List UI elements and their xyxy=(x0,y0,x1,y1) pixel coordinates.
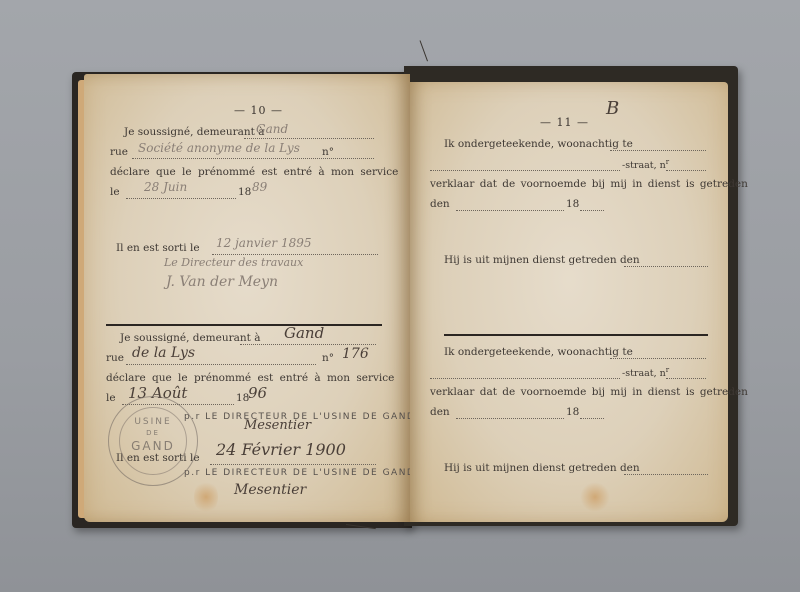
fill-line xyxy=(430,378,620,379)
print-line: Je soussigné, demeurant à xyxy=(124,126,264,138)
handwritten-year: 89 xyxy=(252,180,267,194)
print-le: le xyxy=(106,392,116,404)
section-divider xyxy=(106,324,382,326)
page-number: — 11 — xyxy=(540,116,589,129)
print-den: den xyxy=(430,198,450,210)
handwritten-street: Société anonyme de la Lys xyxy=(138,141,300,155)
fill-line xyxy=(212,254,378,255)
print-year-prefix: 18 xyxy=(566,198,579,210)
print-line: déclare que le prénommé est entré à mon … xyxy=(106,372,394,384)
handwritten-date: 28 Juin xyxy=(144,180,187,194)
fill-line xyxy=(132,158,374,159)
print-straat: -straat, nr xyxy=(622,158,669,171)
right-page: — 11 — B Ik ondergeteekende, woonachtig … xyxy=(410,82,728,522)
handwritten-city: Gand xyxy=(256,122,288,136)
handwritten-exit-date: 24 Février 1900 xyxy=(216,440,346,459)
fill-line xyxy=(666,170,706,171)
handwritten-street: de la Lys xyxy=(132,345,195,361)
handwritten-exit-date: 12 janvier 1895 xyxy=(216,236,312,250)
print-line: verklaar dat de voornoemde bij mij in di… xyxy=(430,386,748,398)
handwritten-year: 96 xyxy=(248,384,267,402)
print-no: n° xyxy=(322,146,334,158)
signature: Mesentier xyxy=(244,418,311,433)
fill-line xyxy=(456,210,564,211)
print-den: den xyxy=(430,406,450,418)
handwritten-number: 176 xyxy=(342,346,369,362)
fill-line xyxy=(430,170,620,171)
signature: J. Van der Meyn xyxy=(166,274,278,290)
paper-stain xyxy=(194,480,218,514)
print-rue: rue xyxy=(106,352,124,364)
print-rue: rue xyxy=(110,146,128,158)
print-line: Ik ondergeteekende, woonachtig te xyxy=(444,346,633,358)
print-year-prefix: 18 xyxy=(566,406,579,418)
print-line: verklaar dat de voornoemde bij mij in di… xyxy=(430,178,748,190)
director-stamp-line: p.r LE DIRECTEUR DE L'USINE DE GAND xyxy=(184,468,415,478)
fill-line xyxy=(210,464,376,465)
stamp-text-middle: DE xyxy=(109,429,197,437)
handwritten-city: Gand xyxy=(284,324,324,342)
fill-line xyxy=(610,358,706,359)
print-year-prefix: 18 xyxy=(238,186,251,198)
print-exit: Hij is uit mijnen dienst getreden den xyxy=(444,462,640,474)
loose-thread xyxy=(420,40,428,61)
paper-stain xyxy=(580,482,610,512)
page-number: — 10 — xyxy=(234,104,283,117)
usine-de-gand-stamp: USINE DE GAND xyxy=(108,396,198,486)
print-line: Ik ondergeteekende, woonachtig te xyxy=(444,138,633,150)
corner-mark: B xyxy=(606,98,619,119)
fill-line xyxy=(580,210,604,211)
fill-line xyxy=(624,474,708,475)
fill-line xyxy=(126,198,236,199)
fill-line xyxy=(580,418,604,419)
print-exit: Hij is uit mijnen dienst getreden den xyxy=(444,254,640,266)
fill-line xyxy=(244,138,374,139)
fill-line xyxy=(126,364,316,365)
print-line: Je soussigné, demeurant à xyxy=(120,332,260,344)
fill-line xyxy=(624,266,708,267)
fill-line xyxy=(666,378,706,379)
fill-line xyxy=(240,344,376,345)
stamp-text-top: USINE xyxy=(109,417,197,427)
section-divider xyxy=(444,334,708,336)
print-exit: Il en est sorti le xyxy=(116,242,200,254)
fill-line xyxy=(610,150,706,151)
handwritten-title: Le Directeur des travaux xyxy=(164,256,303,269)
print-straat: -straat, nr xyxy=(622,366,669,379)
stamp-text-bottom: GAND xyxy=(109,439,197,453)
print-line: déclare que le prénommé est entré à mon … xyxy=(110,166,398,178)
print-le: le xyxy=(110,186,120,198)
fill-line xyxy=(456,418,564,419)
print-no: n° xyxy=(322,352,334,364)
signature: Mesentier xyxy=(234,482,306,498)
